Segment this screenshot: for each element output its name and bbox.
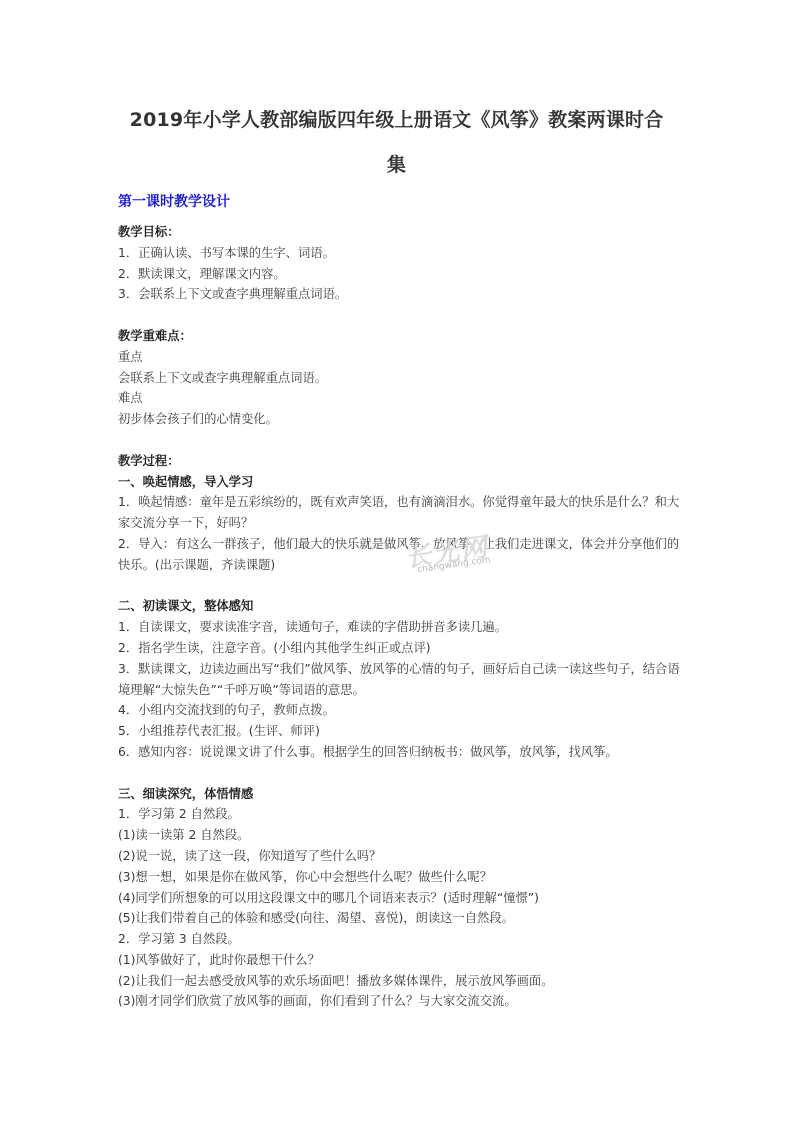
spacer bbox=[118, 576, 688, 597]
part2-item: 5．小组推荐代表汇报。(生评、师评) bbox=[118, 721, 688, 742]
spacer bbox=[118, 763, 688, 784]
part2-item: 4．小组内交流找到的句子，教师点拨。 bbox=[118, 700, 688, 721]
part3-heading: 三、细读深究，体悟情感 bbox=[118, 784, 688, 805]
spacer bbox=[118, 305, 688, 326]
objectives-heading: 教学目标： bbox=[118, 222, 688, 243]
key-label: 重点 bbox=[118, 347, 688, 368]
objective-item: 1．正确认读、书写本课的生字、词语。 bbox=[118, 243, 688, 264]
key-points-heading: 教学重难点： bbox=[118, 326, 688, 347]
part3-item: (5)让我们带着自己的体验和感受(向往、渴望、喜悦)，朗读这一自然段。 bbox=[118, 908, 688, 929]
part2-item: 1．自读课文，要求读准字音，读通句子，难读的字借助拼音多读几遍。 bbox=[118, 617, 688, 638]
document-body: 教学目标： 1．正确认读、书写本课的生字、词语。 2．默读课文，理解课文内容。 … bbox=[118, 222, 688, 1012]
part3-item: 1．学习第 2 自然段。 bbox=[118, 804, 688, 825]
document-title-line2: 集 bbox=[0, 150, 793, 177]
part1-item: 2．导入：有这么一群孩子，他们最大的快乐就是做风筝、放风筝。让我们走进课文，体会… bbox=[118, 534, 688, 576]
part3-item: (1)风筝做好了，此时你最想干什么？ bbox=[118, 950, 688, 971]
part3-item: (4)同学们所想象的可以用这段课文中的哪几个词语来表示？(适时理解“憧憬”) bbox=[118, 888, 688, 909]
difficult-text: 初步体会孩子们的心情变化。 bbox=[118, 409, 688, 430]
part3-item: (2)让我们一起去感受放风筝的欢乐场面吧！播放多媒体课件，展示放风筝画面。 bbox=[118, 971, 688, 992]
part2-item: 3．默读课文，边读边画出写“我们”做风筝、放风筝的心情的句子，画好后自己读一读这… bbox=[118, 659, 688, 701]
part2-heading: 二、初读课文，整体感知 bbox=[118, 596, 688, 617]
section-heading: 第一课时教学设计 bbox=[118, 191, 230, 211]
process-heading: 教学过程： bbox=[118, 451, 688, 472]
part3-item: (2)说一说，读了这一段，你知道写了些什么吗？ bbox=[118, 846, 688, 867]
spacer bbox=[118, 430, 688, 451]
key-text: 会联系上下文或查字典理解重点词语。 bbox=[118, 368, 688, 389]
part3-item: (3)想一想，如果是你在做风筝，你心中会想些什么呢？做些什么呢？ bbox=[118, 867, 688, 888]
objective-item: 3．会联系上下文或查字典理解重点词语。 bbox=[118, 284, 688, 305]
part3-item: (3)刚才同学们欣赏了放风筝的画面，你们看到了什么？与大家交流交流。 bbox=[118, 991, 688, 1012]
part1-heading: 一、唤起情感，导入学习 bbox=[118, 472, 688, 493]
part2-item: 6．感知内容：说说课文讲了什么事。根据学生的回答归纳板书：做风筝，放风筝，找风筝… bbox=[118, 742, 688, 763]
document-title-line1: 2019年小学人教部编版四年级上册语文《风筝》教案两课时合 bbox=[0, 105, 793, 132]
difficult-label: 难点 bbox=[118, 388, 688, 409]
part3-item: 2．学习第 3 自然段。 bbox=[118, 929, 688, 950]
part1-item: 1．唤起情感：童年是五彩缤纷的，既有欢声笑语，也有滴滴泪水。你觉得童年最大的快乐… bbox=[118, 492, 688, 534]
part2-item: 2．指名学生读，注意字音。(小组内其他学生纠正或点评) bbox=[118, 638, 688, 659]
part3-item: (1)读一读第 2 自然段。 bbox=[118, 825, 688, 846]
objective-item: 2．默读课文，理解课文内容。 bbox=[118, 264, 688, 285]
